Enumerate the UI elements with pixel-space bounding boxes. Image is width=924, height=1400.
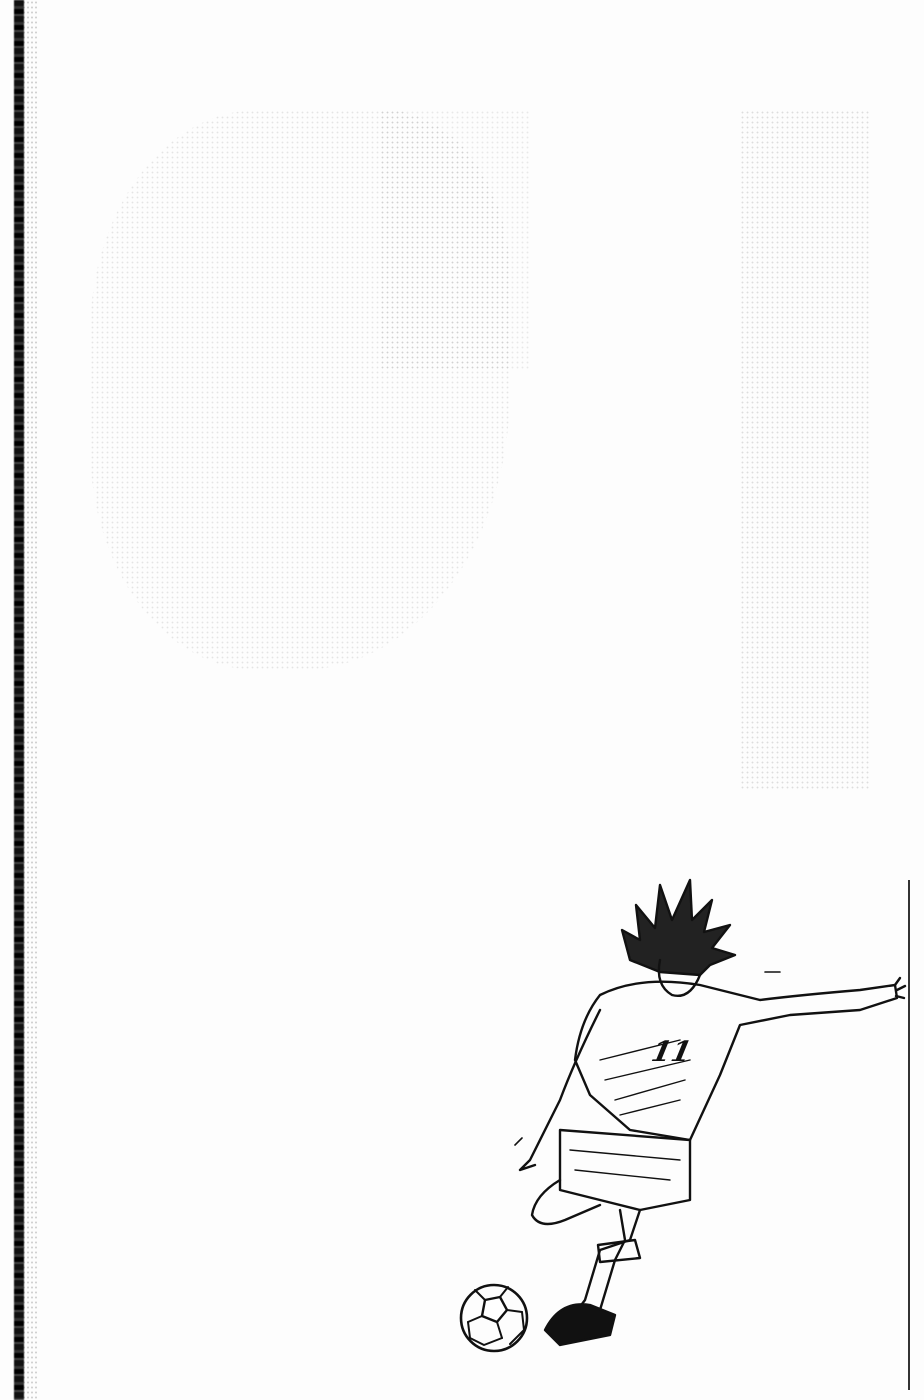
- hair: [622, 880, 735, 975]
- cleat: [545, 1304, 615, 1345]
- jersey-number: 11: [648, 1035, 694, 1068]
- soccer-ball-icon: [461, 1285, 527, 1351]
- screentone-right: [740, 110, 870, 790]
- jersey: [575, 982, 897, 1140]
- spine-speckle: [22, 0, 38, 1400]
- manga-page: 11: [0, 0, 924, 1400]
- soccer-player-illustration: [440, 870, 920, 1400]
- screentone-center: [380, 110, 530, 370]
